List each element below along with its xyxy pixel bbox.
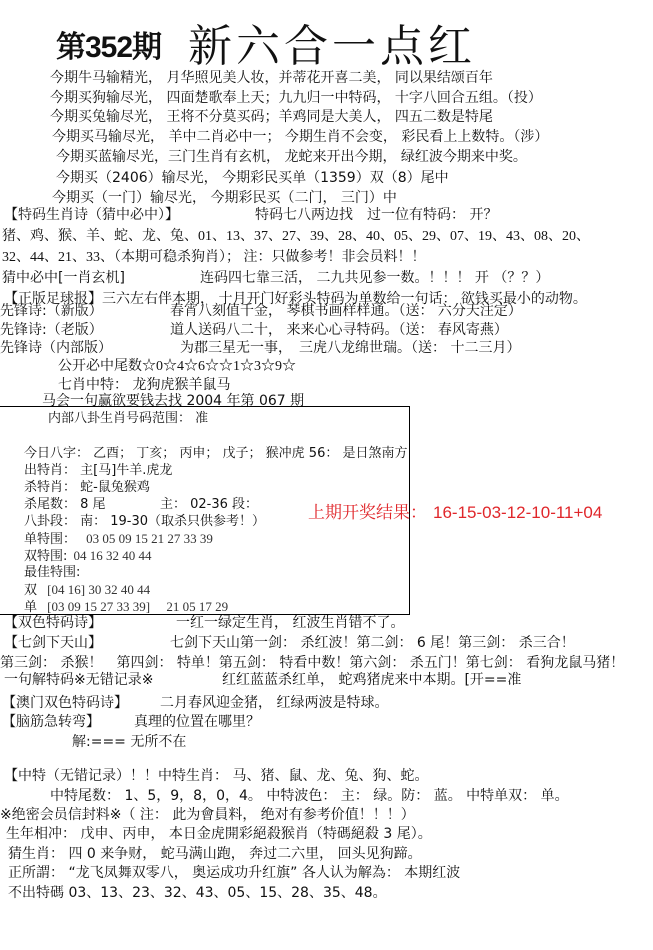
zodiac-poem-label: 【特码生肖诗（猜中必中）】: [4, 206, 179, 224]
bagua-main-range: 主： 02-36 段：: [160, 496, 258, 514]
zodiac-poem-text: 特码七八两边找 过一位有特码： 开？: [255, 206, 497, 224]
verse-line: 今期买（一门）输尽光， 今期彩民买（二门， 三门）中: [52, 189, 397, 207]
member-line: 猜生肖： 四 0 来争财， 蛇马满山跑， 奔过二六里， 回头见狗蹄。: [8, 845, 422, 863]
verse-line: 今期牛马输精光， 月华照见美人妆，并蒂花开喜二美， 同以果结颂百年: [50, 69, 493, 87]
last-draw-label: 上期开奖结果：: [308, 503, 427, 522]
riddle-question: 真理的位置在哪里？: [134, 713, 260, 731]
bagua-out-zodiac: 出特肖： 主[马]牛羊.虎龙: [24, 462, 172, 480]
best-odd-values: [03 09 15 27 33 39] 21 05 17 29: [47, 599, 228, 614]
zhongte-line: 中特尾数： 1、5，9，8，0，4。 中特波色： 主： 绿。防： 蓝。 中特单双…: [50, 787, 569, 805]
bagua-title: 内部八卦生肖号码范围： 准: [48, 410, 208, 428]
member-line: 正所謂： “龙飞凤舞双零八， 奥运成功升红旗” 各人认为解為： 本期红波: [8, 864, 460, 882]
even-range-values: 04 16 32 40 44: [74, 548, 152, 563]
verse-line: 今期买狗输尽光， 四面楚歌奉上天；九九归一中特码， 十字八回合五组。（投）: [50, 89, 542, 107]
one-sentence-label: 一句解特码※无错记录※: [4, 671, 153, 689]
bagua-kill-tail: 杀尾数： 8 尾: [24, 496, 106, 514]
odd-range-label: 单特围：: [24, 532, 76, 547]
bagua-bazi: 今日八字： 乙酉； 丁亥； 丙申； 戊子； 猴冲虎 56： 是日煞南方: [24, 445, 407, 463]
riddle-answer: 解:=== 无所不在: [72, 733, 186, 751]
zodiac-list-line: 猪、鸡、猴、羊、蛇、龙、兔、01、13、37、27、39、28、40、05、29…: [2, 228, 590, 246]
bagua-section: 八卦段： 南： 19-30（取杀只供参考！）: [24, 513, 265, 531]
one-sentence-text: 红红蓝蓝杀红单， 蛇鸡猪虎来中本期。[开==准: [222, 671, 521, 689]
last-draw-numbers: 16-15-03-12-10-11+04: [433, 503, 602, 522]
riddle-label: 【脑筋急转弯】: [2, 713, 100, 731]
verse-line: 今期买蓝输尽光，三门生肖有玄机， 龙蛇来开出今期， 绿红波今期来中奖。: [56, 148, 527, 166]
guess-label: 猜中必中[一肖玄机]: [2, 269, 125, 287]
best-odd-label: 单: [24, 600, 37, 615]
seven-swords-label: 【七剑下天山】: [4, 634, 102, 652]
two-color-label: 【双色特码诗】: [4, 614, 102, 632]
member-line: 不出特碼 03、13、23、32、43、05、15、28、35、48。: [8, 884, 387, 902]
odd-range-values: 03 05 09 15 21 27 33 39: [86, 531, 213, 546]
pioneer-label: 先锋诗（内部版）: [0, 339, 112, 357]
issue-number: 第352期: [56, 22, 161, 66]
pioneer-text: 道人送码八二十， 来来心心寻特码。（送： 春风寄燕）: [170, 321, 508, 339]
pioneer-text: 春宵八刻值千金， 琴棋书画样样通。（送： 六分天注定）: [170, 302, 522, 320]
guess-text: 连码四七靠三活， 二九共见参一数。！！！ 开 （？？）: [200, 269, 549, 287]
last-draw-result: 上期开奖结果：16-15-03-12-10-11+04: [308, 498, 602, 523]
even-range-label: 双特围:: [24, 549, 67, 564]
zodiac-list-line: 32、44、21、33、（本期可稳杀狗肖）； 注：只做参考！非会员料！！: [2, 249, 426, 267]
member-line: ※绝密会员信封料※（ 注： 此为會員料， 绝对有参考价值！！！）: [0, 806, 415, 824]
macau-poem-label: 【澳门双色特码诗】: [2, 694, 128, 712]
zhongte-line: 【中特（无错记录）！！中特生肖： 马、猪、鼠、龙、兔、狗、蛇。: [4, 767, 428, 785]
pioneer-label: 先锋诗:（新版）: [0, 302, 103, 320]
page-title: 新六合一点红: [188, 10, 476, 74]
two-color-text: 一红一绿定生肖， 红波生肖错不了。: [176, 614, 404, 632]
verse-line: 今期买兔输尽光， 王将不分莫买码；羊鸡同是大美人， 四五二数是特尾: [50, 108, 493, 126]
pioneer-text: 为郡三星无一事， 三虎八龙绵世瑞。（送： 十二三月）: [180, 339, 520, 357]
macau-poem-text: 二月春风迎金猪， 红绿两波是特球。: [160, 694, 388, 712]
tail-numbers: 公开必中尾数☆0☆4☆6☆☆1☆3☆9☆: [58, 358, 296, 376]
seven-swords-line: 第三剑： 杀猴！ 第四剑： 特单！第五剑： 特看中数！第六剑： 杀五门！第七剑：…: [0, 654, 624, 672]
best-even-values: [04 16] 30 32 40 44: [47, 582, 150, 597]
bagua-kill-zodiac: 杀特肖： 蛇-鼠兔猴鸡: [24, 479, 150, 497]
verse-line: 今期买马输尽光， 羊中二肖必中一； 今期生肖不会变， 彩民看上上数特。（涉）: [52, 128, 548, 146]
seven-swords-line: 七剑下天山第一剑： 杀红波！第二剑： 6 尾！第三剑： 杀三合！: [170, 634, 575, 652]
pioneer-label: 先锋诗:（老版）: [0, 321, 103, 339]
best-range-label: 最佳特围:: [24, 564, 80, 582]
best-even-label: 双: [24, 583, 37, 598]
member-line: 生年相冲： 戊申、丙申， 本日金虎開彩絕殺猴肖（特碼絕殺 3 尾）。: [6, 825, 432, 843]
verse-line: 今期买（2406）输尽光， 今期彩民买单（1359）双（8）尾中: [56, 169, 449, 187]
